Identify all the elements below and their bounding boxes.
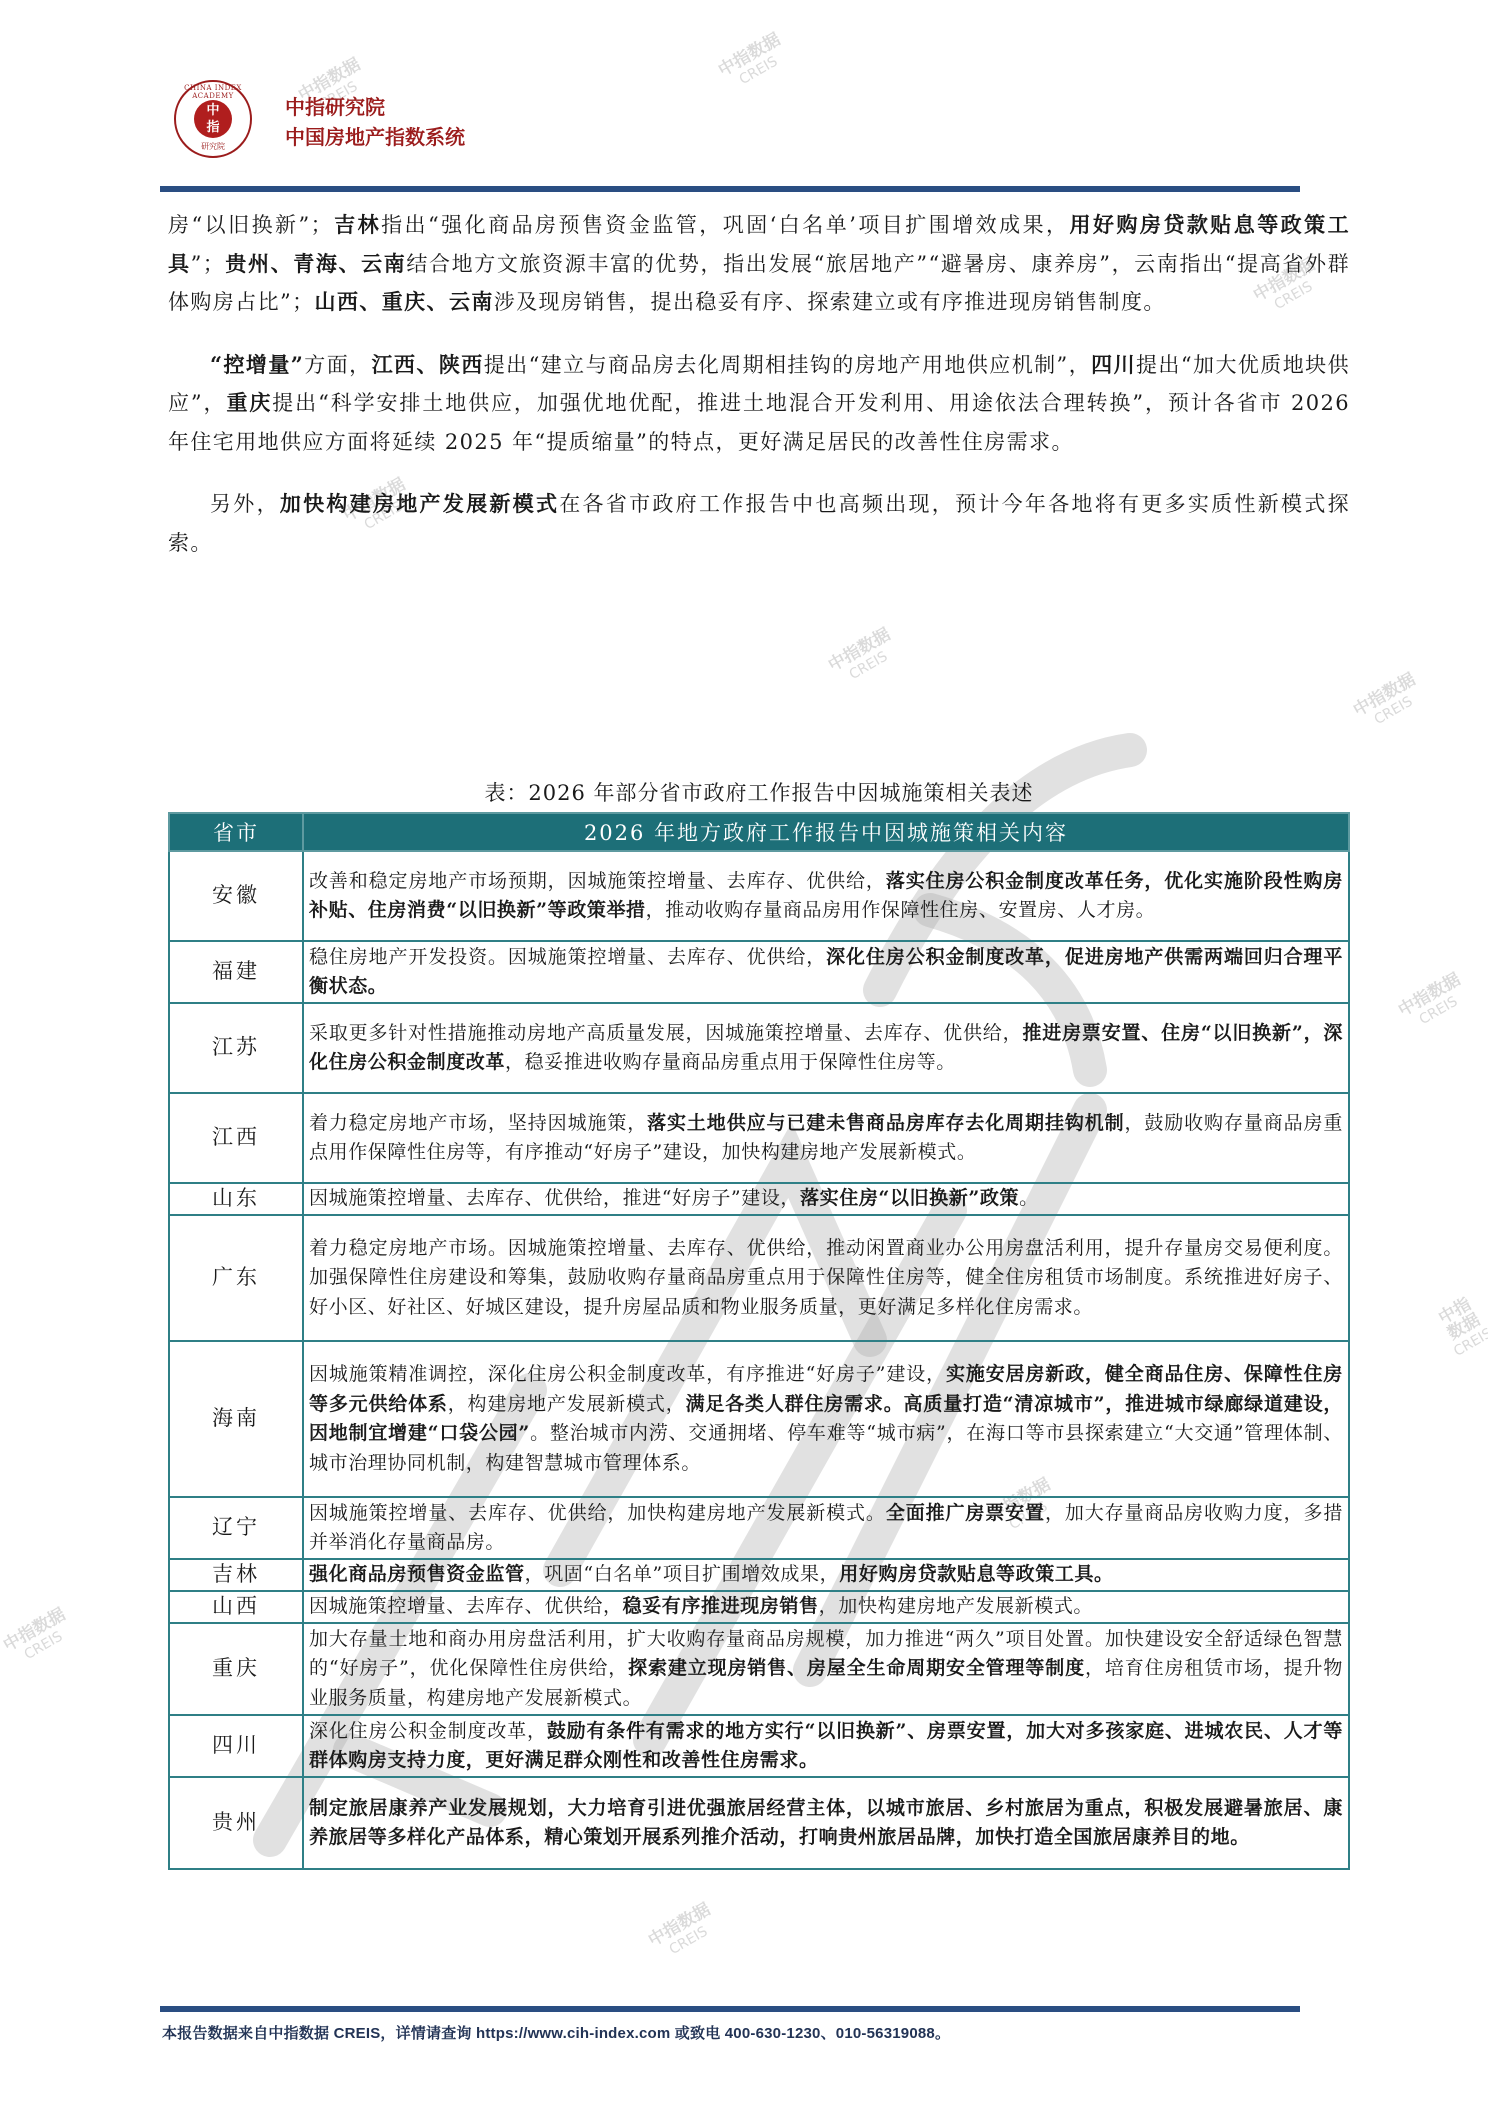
table-row: 吉林强化商品房预售资金监管，巩固“白名单”项目扩围增效成果，用好购房贷款贴息等政… [169,1559,1349,1591]
body-text-run: 因城施策控增量、去库存、优供给， [309,1595,623,1617]
province-cell: 海南 [169,1341,303,1497]
body-text-run: 因城施策精准调控，深化住房公积金制度改革，有序推进“好房子”建设， [309,1363,946,1385]
policy-content-cell: 因城施策精准调控，深化住房公积金制度改革，有序推进“好房子”建设，实施安居房新政… [303,1341,1349,1497]
policy-content-cell: 因城施策控增量、去库存、优供给，加快构建房地产发展新模式。全面推广房票安置，加大… [303,1497,1349,1559]
policy-content-cell: 稳住房地产开发投资。因城施策控增量、去库存、优供给，深化住房公积金制度改革，促进… [303,941,1349,1003]
emphasis-text: 落实住房“以旧换新”政策 [800,1187,1019,1209]
policy-content-cell: 强化商品房预售资金监管，巩固“白名单”项目扩围增效成果，用好购房贷款贴息等政策工… [303,1559,1349,1591]
province-cell: 江西 [169,1093,303,1183]
body-text-run: ，稳妥推进收购存量商品房重点用于保障性住房等。 [505,1051,956,1073]
body-text-run: 提出“建立与商品房去化周期相挂钩的房地产用地供应机制”， [484,353,1091,377]
emphasis-text: 稳妥有序推进现房销售 [623,1595,819,1617]
emphasis-text: 加快构建房地产发展新模式 [280,491,559,516]
body-text-run: ”； [191,252,226,276]
emphasis-text: 制定旅居康养产业发展规划，大力培育引进优强旅居经营主体，以城市旅居、乡村旅居为重… [309,1797,1343,1849]
logo-bottom-text: 研究院 [176,141,250,152]
body-text-run: ，巩固“白名单”项目扩围增效成果， [525,1563,840,1585]
table-row: 江苏采取更多针对性措施推动房地产高质量发展，因城施策控增量、去库存、优供给，推进… [169,1003,1349,1093]
table-row: 重庆加大存量土地和商办用房盘活利用，扩大收购存量商品房规模，加力推进“两久”项目… [169,1623,1349,1715]
table-row: 安徽改善和稳定房地产市场预期，因城施策控增量、去库存、优供给，落实住房公积金制度… [169,851,1349,941]
policy-content-cell: 着力稳定房地产市场。因城施策控增量、去库存、优供给，推动闲置商业办公用房盘活利用… [303,1215,1349,1341]
province-cell: 山东 [169,1183,303,1215]
brand-name: 中指研究院 [285,92,465,122]
body-text-run: 稳住房地产开发投资。因城施策控增量、去库存、优供给， [309,946,826,968]
paragraph-2: “控增量”方面，江西、陕西提出“建立与商品房去化周期相挂钩的房地产用地供应机制”… [168,346,1350,462]
paragraph-3: 另外，加快构建房地产发展新模式在各省市政府工作报告中也高频出现，预计今年各地将有… [168,485,1350,562]
body-text-run: 指出“强化商品房预售资金监管，巩固‘白名单’项目扩围增效成果， [381,213,1069,237]
brand-subtitle: 中国房地产指数系统 [285,122,465,152]
header-province: 省市 [169,813,303,851]
body-text-run: 着力稳定房地产市场。因城施策控增量、去库存、优供给，推动闲置商业办公用房盘活利用… [309,1237,1343,1318]
province-cell: 贵州 [169,1777,303,1869]
emphasis-text: 山西、重庆、云南 [315,289,494,314]
table-row: 江西着力稳定房地产市场，坚持因城施策，落实土地供应与已建未售商品房库存去化周期挂… [169,1093,1349,1183]
emphasis-text: 吉林 [333,212,381,237]
policy-content-cell: 着力稳定房地产市场，坚持因城施策，落实土地供应与已建未售商品房库存去化周期挂钩机… [303,1093,1349,1183]
table-caption: 表：2026 年部分省市政府工作报告中因城施策相关表述 [168,778,1350,808]
emphasis-text: 用好购房贷款贴息等政策工具。 [839,1563,1113,1585]
body-text-run: 涉及现房销售，提出稳妥有序、探索建立或有序推进现房销售制度。 [494,290,1166,314]
watermark-creis: 中指数据CREIS [1396,970,1473,1035]
logo-seal: 中 指 [194,100,232,138]
province-cell: 福建 [169,941,303,1003]
watermark-creis: 中指数据CREIS [826,625,903,690]
policy-content-cell: 因城施策控增量、去库存、优供给，稳妥有序推进现房销售，加快构建房地产发展新模式。 [303,1591,1349,1623]
emphasis-text: 江西、陕西 [372,352,484,377]
table-row: 贵州制定旅居康养产业发展规划，大力培育引进优强旅居经营主体，以城市旅居、乡村旅居… [169,1777,1349,1869]
emphasis-text: 落实土地供应与已建未售商品房库存去化周期挂钩机制 [647,1112,1124,1134]
policy-content-cell: 深化住房公积金制度改革，鼓励有条件有需求的地方实行“以旧换新”、房票安置，加大对… [303,1715,1349,1777]
table-row: 海南因城施策精准调控，深化住房公积金制度改革，有序推进“好房子”建设，实施安居房… [169,1341,1349,1497]
footer-divider [160,2006,1300,2012]
table-row: 广东着力稳定房地产市场。因城施策控增量、去库存、优供给，推动闲置商业办公用房盘活… [169,1215,1349,1341]
table-row: 福建稳住房地产开发投资。因城施策控增量、去库存、优供给，深化住房公积金制度改革，… [169,941,1349,1003]
body-text-run: 另外， [210,492,280,516]
province-cell: 山西 [169,1591,303,1623]
policy-table: 省市 2026 年地方政府工作报告中因城施策相关内容 安徽改善和稳定房地产市场预… [168,812,1350,1870]
emphasis-text: 探索建立现房销售、房屋全生命周期安全管理等制度 [628,1657,1085,1679]
paragraph-1: 房“以旧换新”；吉林指出“强化商品房预售资金监管，巩固‘白名单’项目扩围增效成果… [168,206,1350,322]
province-cell: 江苏 [169,1003,303,1093]
body-text-run: 深化住房公积金制度改革， [309,1720,547,1742]
body-text: 房“以旧换新”；吉林指出“强化商品房预售资金监管，巩固‘白名单’项目扩围增效成果… [168,206,1350,586]
emphasis-text: 全面推广房票安置 [886,1502,1045,1524]
emphasis-text: “控增量” [210,352,304,377]
table-header-row: 省市 2026 年地方政府工作报告中因城施策相关内容 [169,813,1349,851]
emphasis-text: 四川 [1091,352,1136,377]
body-text-run: 着力稳定房地产市场，坚持因城施策， [309,1112,647,1134]
province-cell: 吉林 [169,1559,303,1591]
province-cell: 广东 [169,1215,303,1341]
body-text-run: 方面， [304,353,371,377]
policy-content-cell: 因城施策控增量、去库存、优供给，推进“好房子”建设，落实住房“以旧换新”政策。 [303,1183,1349,1215]
policy-content-cell: 采取更多针对性措施推动房地产高质量发展，因城施策控增量、去库存、优供给，推进房票… [303,1003,1349,1093]
table-row: 四川深化住房公积金制度改革，鼓励有条件有需求的地方实行“以旧换新”、房票安置，加… [169,1715,1349,1777]
china-index-academy-logo: CHINA INDEX ACADEMY 中 指 研究院 [174,80,252,158]
emphasis-text: 强化商品房预售资金监管 [309,1563,525,1585]
body-text-run: ，加快构建房地产发展新模式。 [819,1595,1093,1617]
table-row: 山西因城施策控增量、去库存、优供给，稳妥有序推进现房销售，加快构建房地产发展新模… [169,1591,1349,1623]
body-text-run: 改善和稳定房地产市场预期，因城施策控增量、去库存、优供给， [309,870,886,892]
body-text-run: 因城施策控增量、去库存、优供给，加快构建房地产发展新模式。 [309,1502,886,1524]
watermark-creis: 中指数据CREIS [646,1900,723,1965]
province-cell: 四川 [169,1715,303,1777]
watermark-creis: 中指数据CREIS [1351,670,1428,735]
footer-source-note: 本报告数据来自中指数据 CREIS，详情请查询 https://www.cih-… [162,2022,950,2043]
emphasis-text: 贵州、青海、云南 [225,251,406,276]
body-text-run: 采取更多针对性措施推动房地产高质量发展，因城施策控增量、去库存、优供给， [309,1022,1022,1044]
watermark-creis: 中指数据CREIS [1,1605,78,1670]
table-row: 山东因城施策控增量、去库存、优供给，推进“好房子”建设，落实住房“以旧换新”政策… [169,1183,1349,1215]
header-content: 2026 年地方政府工作报告中因城施策相关内容 [303,813,1349,851]
body-text-run: 提出“科学安排土地供应，加强优地优配，推进土地混合开发利用、用途依法合理转换”，… [168,391,1350,454]
table-row: 辽宁因城施策控增量、去库存、优供给，加快构建房地产发展新模式。全面推广房票安置，… [169,1497,1349,1559]
policy-content-cell: 改善和稳定房地产市场预期，因城施策控增量、去库存、优供给，落实住房公积金制度改革… [303,851,1349,941]
body-text-run: ，推动收购存量商品房用作保障性住房、安置房、人才房。 [646,899,1156,921]
policy-content-cell: 加大存量土地和商办用房盘活利用，扩大收购存量商品房规模，加力推进“两久”项目处置… [303,1623,1349,1715]
province-cell: 重庆 [169,1623,303,1715]
body-text-run: 房“以旧换新”； [168,213,333,237]
brand-block: 中指研究院 中国房地产指数系统 [285,92,465,152]
watermark-creis: 中指数据CREIS [1430,1292,1488,1363]
policy-content-cell: 制定旅居康养产业发展规划，大力培育引进优强旅居经营主体，以城市旅居、乡村旅居为重… [303,1777,1349,1869]
body-text-run: ，构建房地产发展新模式， [448,1393,686,1415]
logo-ring-text: CHINA INDEX ACADEMY [176,84,250,100]
province-cell: 辽宁 [169,1497,303,1559]
emphasis-text: 重庆 [226,390,272,415]
header-divider [160,186,1300,192]
province-cell: 安徽 [169,851,303,941]
page-header: CHINA INDEX ACADEMY 中 指 研究院 中指研究院 中国房地产指… [170,70,1300,190]
body-text-run: 因城施策控增量、去库存、优供给，推进“好房子”建设， [309,1187,800,1209]
table-body: 安徽改善和稳定房地产市场预期，因城施策控增量、去库存、优供给，落实住房公积金制度… [169,851,1349,1869]
body-text-run: 。 [1019,1187,1039,1209]
